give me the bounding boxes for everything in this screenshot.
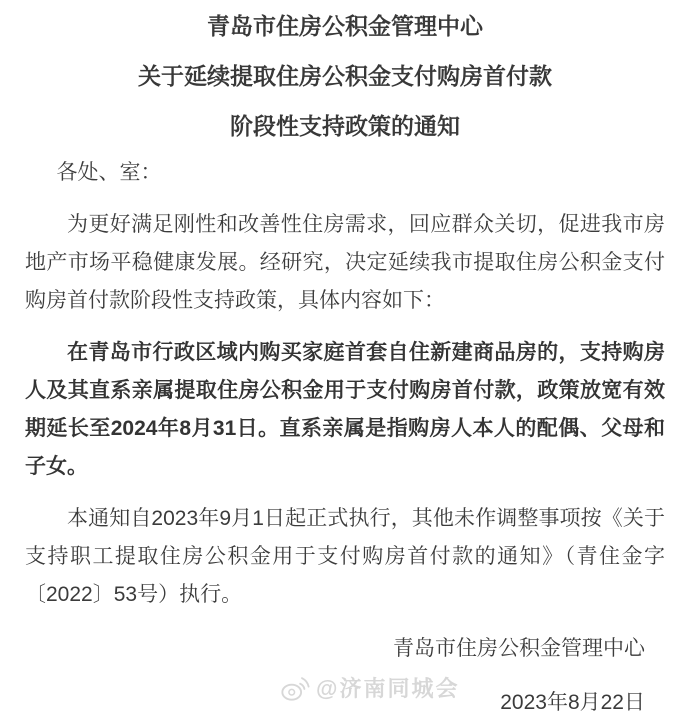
document-title: 青岛市住房公积金管理中心 关于延续提取住房公积金支付购房首付款 阶段性支持政策的…: [0, 0, 690, 151]
title-line-1: 青岛市住房公积金管理中心: [0, 1, 690, 51]
paragraph-policy: 在青岛市行政区域内购买家庭首套自住新建商品房的，支持购房人及其直系亲属提取住房公…: [25, 334, 665, 486]
title-line-2: 关于延续提取住房公积金支付购房首付款: [0, 51, 690, 101]
weibo-icon: [280, 673, 310, 703]
watermark-label: @济南同城会: [316, 672, 459, 703]
paragraph-effective-date: 本通知自2023年9月1日起正式执行，其他未作调整事项按《关于支持职工提取住房公…: [25, 500, 665, 614]
title-line-3: 阶段性支持政策的通知: [0, 101, 690, 151]
watermark: @济南同城会: [280, 672, 459, 703]
document-body: 各处、室： 为更好满足刚性和改善性住房需求，回应群众关切，促进我市房地产市场平稳…: [0, 154, 690, 714]
salutation: 各处、室：: [25, 154, 665, 192]
signature-org: 青岛市住房公积金管理中心: [25, 630, 645, 668]
notice-document: 青岛市住房公积金管理中心 关于延续提取住房公积金支付购房首付款 阶段性支持政策的…: [0, 0, 690, 714]
paragraph-intro: 为更好满足刚性和改善性住房需求，回应群众关切，促进我市房地产市场平稳健康发展。经…: [25, 206, 665, 320]
